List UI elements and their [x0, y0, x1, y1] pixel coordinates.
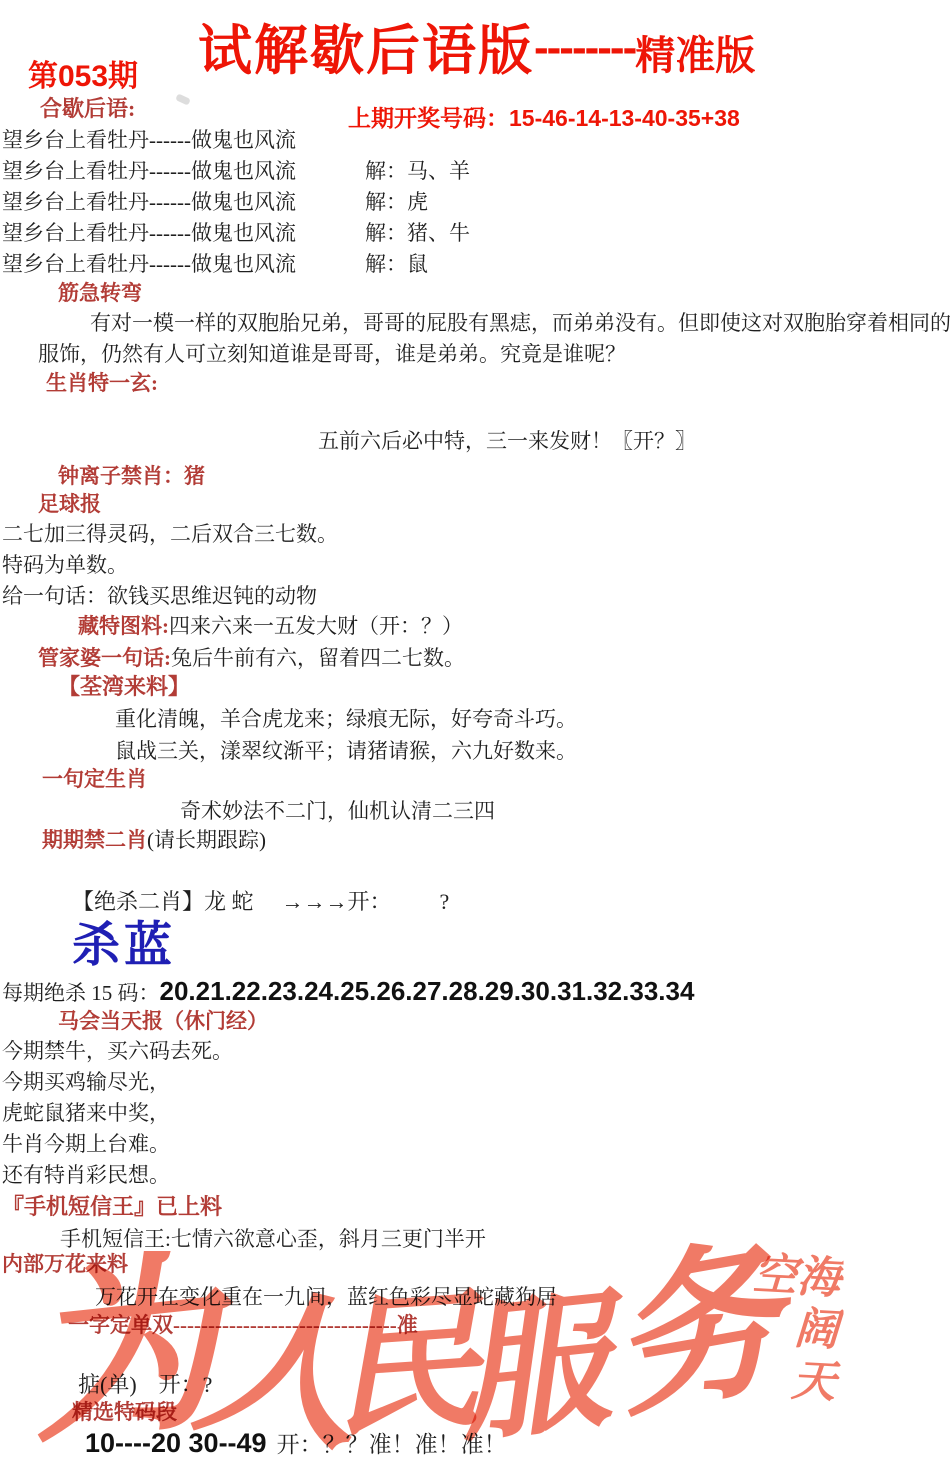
watermark-vertical-text: 海阔天空 [739, 1250, 838, 1458]
juesha-open: 开： [348, 889, 392, 914]
football-line3: 给一句话：欲钱买思维迟钝的动物 [2, 583, 317, 609]
riddle-answer: 解：马、羊 [365, 158, 470, 184]
page-title-suffix: 精准版 [635, 34, 755, 78]
yiju-heading: 一句定生肖 [42, 766, 147, 792]
riddle-heading: 合歇后语: [40, 95, 135, 123]
cangte-text: 四来六来一五发大财（开：？） [169, 614, 463, 638]
quanwan-line1: 重化清魄，羊合虎龙来；绿痕无际，好夸奇斗巧。 [115, 706, 577, 732]
zodiac-tip: 五前六后必中特，三一来发财！〖开？〗 [318, 428, 696, 454]
teaser-heading: 筋急转弯 [58, 280, 142, 306]
page-title-dashes: -------- [534, 23, 635, 72]
qiqi-line: 期期禁二肖(请长期跟踪) [42, 827, 266, 853]
jingxuan-range: 10----20 30--49 [85, 1428, 267, 1458]
mahui-line: 今期禁牛，买六码去死。 [2, 1038, 233, 1064]
jue15-label: 每期绝杀 15 码： [2, 981, 160, 1005]
page-title: 试解歇后语版--------精准版 [198, 18, 755, 86]
riddle-row: 望乡台上看牡丹------做鬼也风流解：马、羊 [2, 158, 296, 184]
jingxuan-line: 10----20 30--49开：？？准！准！准！ [85, 1427, 507, 1458]
sms-heading: 『手机短信王』已上料 [2, 1193, 222, 1221]
football-line1: 二七加三得灵码，二后双合三七数。 [2, 521, 338, 547]
mahui-line: 虎蛇鼠猪来中奖， [2, 1100, 170, 1126]
last-draw: 上期开奖号码：15-46-14-13-40-35+38 [348, 104, 740, 133]
riddle-row: 望乡台上看牡丹------做鬼也风流 [2, 127, 296, 153]
yizi-line: 一字定单双--------------------------------准 [68, 1312, 418, 1338]
guanjiapo-label: 管家婆一句话: [38, 646, 171, 670]
wanhua-text: 万花开在变化重在一九间，蓝红色彩尽显蛇藏狗居 [95, 1284, 557, 1310]
riddle-row: 望乡台上看牡丹------做鬼也风流解：鼠 [2, 251, 296, 277]
last-draw-label: 上期开奖号码： [348, 105, 509, 131]
jue15-numbers: 20.21.22.23.24.25.26.27.28.29.30.31.32.3… [160, 976, 695, 1006]
jingxuan-result: 开：？？准！准！准！ [277, 1432, 507, 1457]
cangte-line: 藏特图料:四来六来一五发大财（开：？） [78, 613, 463, 639]
guanjiapo-line: 管家婆一句话:兔后牛前有六，留着四二七数。 [38, 645, 465, 671]
sms-text: 手机短信王:七情六欲意心歪，斜月三更门半开 [60, 1226, 486, 1252]
guanjiapo-text: 兔后牛前有六，留着四二七数。 [171, 646, 465, 670]
mahui-line: 牛肖今期上台难。 [2, 1131, 170, 1157]
riddle-text: 望乡台上看牡丹------做鬼也风流 [2, 190, 296, 214]
jingxuan-heading: 精选特码段 [72, 1399, 177, 1425]
football-heading: 足球报 [38, 491, 101, 517]
qiqi-note: (请长期跟踪) [147, 828, 266, 852]
mahui-line: 还有特肖彩民想。 [2, 1162, 170, 1188]
jue15-line: 每期绝杀 15 码：20.21.22.23.24.25.26.27.28.29.… [2, 975, 694, 1008]
zodiac-heading: 生肖特一玄: [46, 370, 158, 396]
zhongli-ban: 钟离子禁肖：猪 [58, 463, 205, 489]
lottery-tip-sheet: 试解歇后语版--------精准版 第053期 合歇后语: 上期开奖号码：15-… [0, 0, 950, 1458]
teaser-line1: 有对一模一样的双胞胎兄弟，哥哥的屁股有黑痣，而弟弟没有。但即使这对双胞胎穿着相同… [90, 310, 950, 336]
quanwan-line2: 鼠战三关，漾翠纹渐平；请猪请猴，六九好数来。 [115, 738, 577, 764]
football-line2: 特码为单数。 [2, 552, 128, 578]
juesha-line: 【绝杀二肖】龙 蛇→→→开：? [72, 888, 449, 916]
juesha-answer: ? [440, 889, 450, 914]
issue-number: 第053期 [28, 58, 138, 96]
cangte-label: 藏特图料: [78, 614, 169, 638]
juesha-label: 【绝杀二肖】 [72, 889, 204, 914]
mahui-line: 今期买鸡输尽光， [2, 1069, 170, 1095]
riddle-answer: 解：虎 [365, 189, 428, 215]
page-title-main: 试解歇后语版 [198, 21, 534, 81]
mahui-heading: 马会当天报（休门经） [58, 1008, 268, 1034]
yiju-text: 奇术妙法不二门，仙机认清二三四 [180, 798, 495, 824]
riddle-text: 望乡台上看牡丹------做鬼也风流 [2, 159, 296, 183]
watermark-char: 民 [325, 1287, 485, 1447]
riddle-row: 望乡台上看牡丹------做鬼也风流解：猪、牛 [2, 220, 296, 246]
shalan-title: 杀蓝 [72, 916, 176, 976]
riddle-row: 望乡台上看牡丹------做鬼也风流解：虎 [2, 189, 296, 215]
riddle-text: 望乡台上看牡丹------做鬼也风流 [2, 252, 296, 276]
wanhua-heading: 内部万花来料 [2, 1251, 128, 1277]
juesha-arrows: →→→ [282, 889, 348, 914]
riddle-text: 望乡台上看牡丹------做鬼也风流 [2, 128, 296, 152]
teaser-line2: 服饰，仍然有人可立刻知道谁是哥哥，谁是弟弟。究竟是谁呢？ [38, 341, 626, 367]
juesha-animals: 龙 蛇 [204, 889, 254, 914]
riddle-text: 望乡台上看牡丹------做鬼也风流 [2, 221, 296, 245]
last-draw-numbers: 15-46-14-13-40-35+38 [509, 105, 740, 131]
qiqi-heading: 期期禁二肖 [42, 828, 147, 852]
riddle-answer: 解：鼠 [365, 251, 428, 277]
riddle-answer: 解：猪、牛 [365, 220, 470, 246]
danshuang-line: 掂(单) 开：? [78, 1371, 212, 1399]
quanwan-heading: 【荃湾来料】 [58, 673, 190, 701]
watermark-char: 务 [599, 1235, 794, 1430]
ink-smudge [175, 93, 191, 105]
